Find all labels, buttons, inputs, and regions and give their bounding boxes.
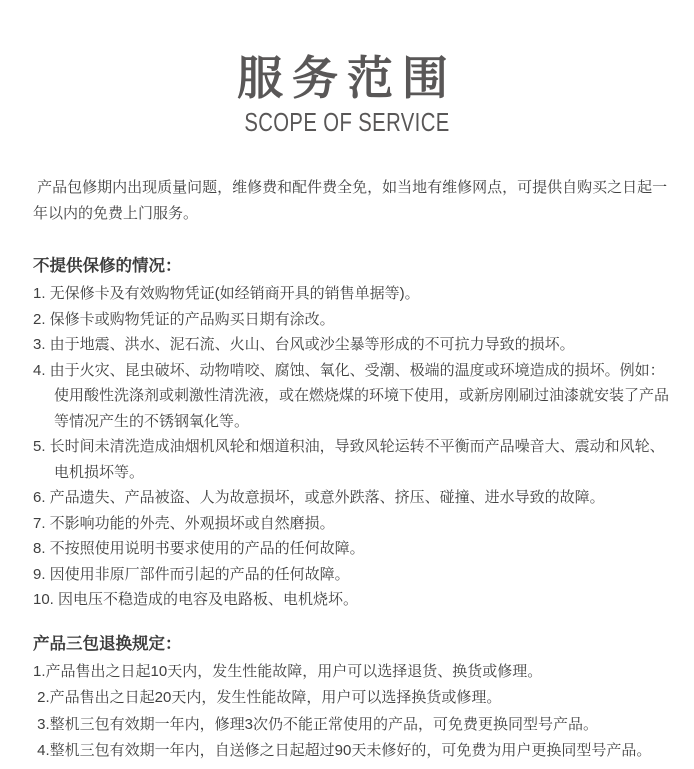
warranty-exclusion-item: 8. 不按照使用说明书要求使用的产品的任何故障。 xyxy=(33,536,678,562)
section-2-heading: 产品三包退换规定： xyxy=(33,631,678,657)
service-scope-page: 服务范围 SCOPE OF SERVICE 产品包修期内出现质量问题，维修费和配… xyxy=(0,0,694,769)
return-policy-item: 1.产品售出之日起10天内，发生性能故障，用户可以选择退货、换货或修理。 xyxy=(33,659,678,686)
section-1-heading: 不提供保修的情况： xyxy=(33,253,678,279)
warranty-exclusion-item: 1. 无保修卡及有效购物凭证(如经销商开具的销售单据等)。 xyxy=(33,281,678,307)
return-policy-item: 2.产品售出之日起20天内，发生性能故障，用户可以选择换货或修理。 xyxy=(33,685,678,712)
warranty-exclusion-item: 6. 产品遗失、产品被盗、人为故意损坏，或意外跌落、挤压、碰撞、进水导致的故障。 xyxy=(33,485,678,511)
page-subtitle: SCOPE OF SERVICE xyxy=(76,107,617,137)
section-warranty-exclusions: 不提供保修的情况： 1. 无保修卡及有效购物凭证(如经销商开具的销售单据等)。 … xyxy=(33,253,678,613)
warranty-exclusion-item: 2. 保修卡或购物凭证的产品购买日期有涂改。 xyxy=(33,307,678,333)
return-policy-item: 3.整机三包有效期一年内，修理3次仍不能正常使用的产品，可免费更换同型号产品。 xyxy=(33,712,678,739)
section-return-policy: 产品三包退换规定： 1.产品售出之日起10天内，发生性能故障，用户可以选择退货、… xyxy=(33,631,678,765)
page-content: 产品包修期内出现质量问题，维修费和配件费全免，如当地有维修网点，可提供自购买之日… xyxy=(33,175,678,765)
warranty-exclusion-item: 4. 由于火灾、昆虫破坏、动物啃咬、腐蚀、氧化、受潮、极端的温度或环境造成的损坏… xyxy=(33,358,678,435)
page-title: 服务范围 xyxy=(0,52,694,104)
return-policy-item: 4.整机三包有效期一年内，自送修之日起超过90天未修好的，可免费为用户更换同型号… xyxy=(33,738,678,765)
intro-paragraph: 产品包修期内出现质量问题，维修费和配件费全免，如当地有维修网点，可提供自购买之日… xyxy=(33,175,678,227)
warranty-exclusion-item: 5. 长时间未清洗造成油烟机风轮和烟道积油，导致风轮运转不平衡而产品噪音大、震动… xyxy=(33,434,678,485)
warranty-exclusion-item: 7. 不影响功能的外壳、外观损坏或自然磨损。 xyxy=(33,511,678,537)
warranty-exclusion-item: 10. 因电压不稳造成的电容及电路板、电机烧坏。 xyxy=(33,587,678,613)
warranty-exclusion-item: 9. 因使用非原厂部件而引起的产品的任何故障。 xyxy=(33,562,678,588)
warranty-exclusion-item: 3. 由于地震、洪水、泥石流、火山、台风或沙尘暴等形成的不可抗力导致的损坏。 xyxy=(33,332,678,358)
